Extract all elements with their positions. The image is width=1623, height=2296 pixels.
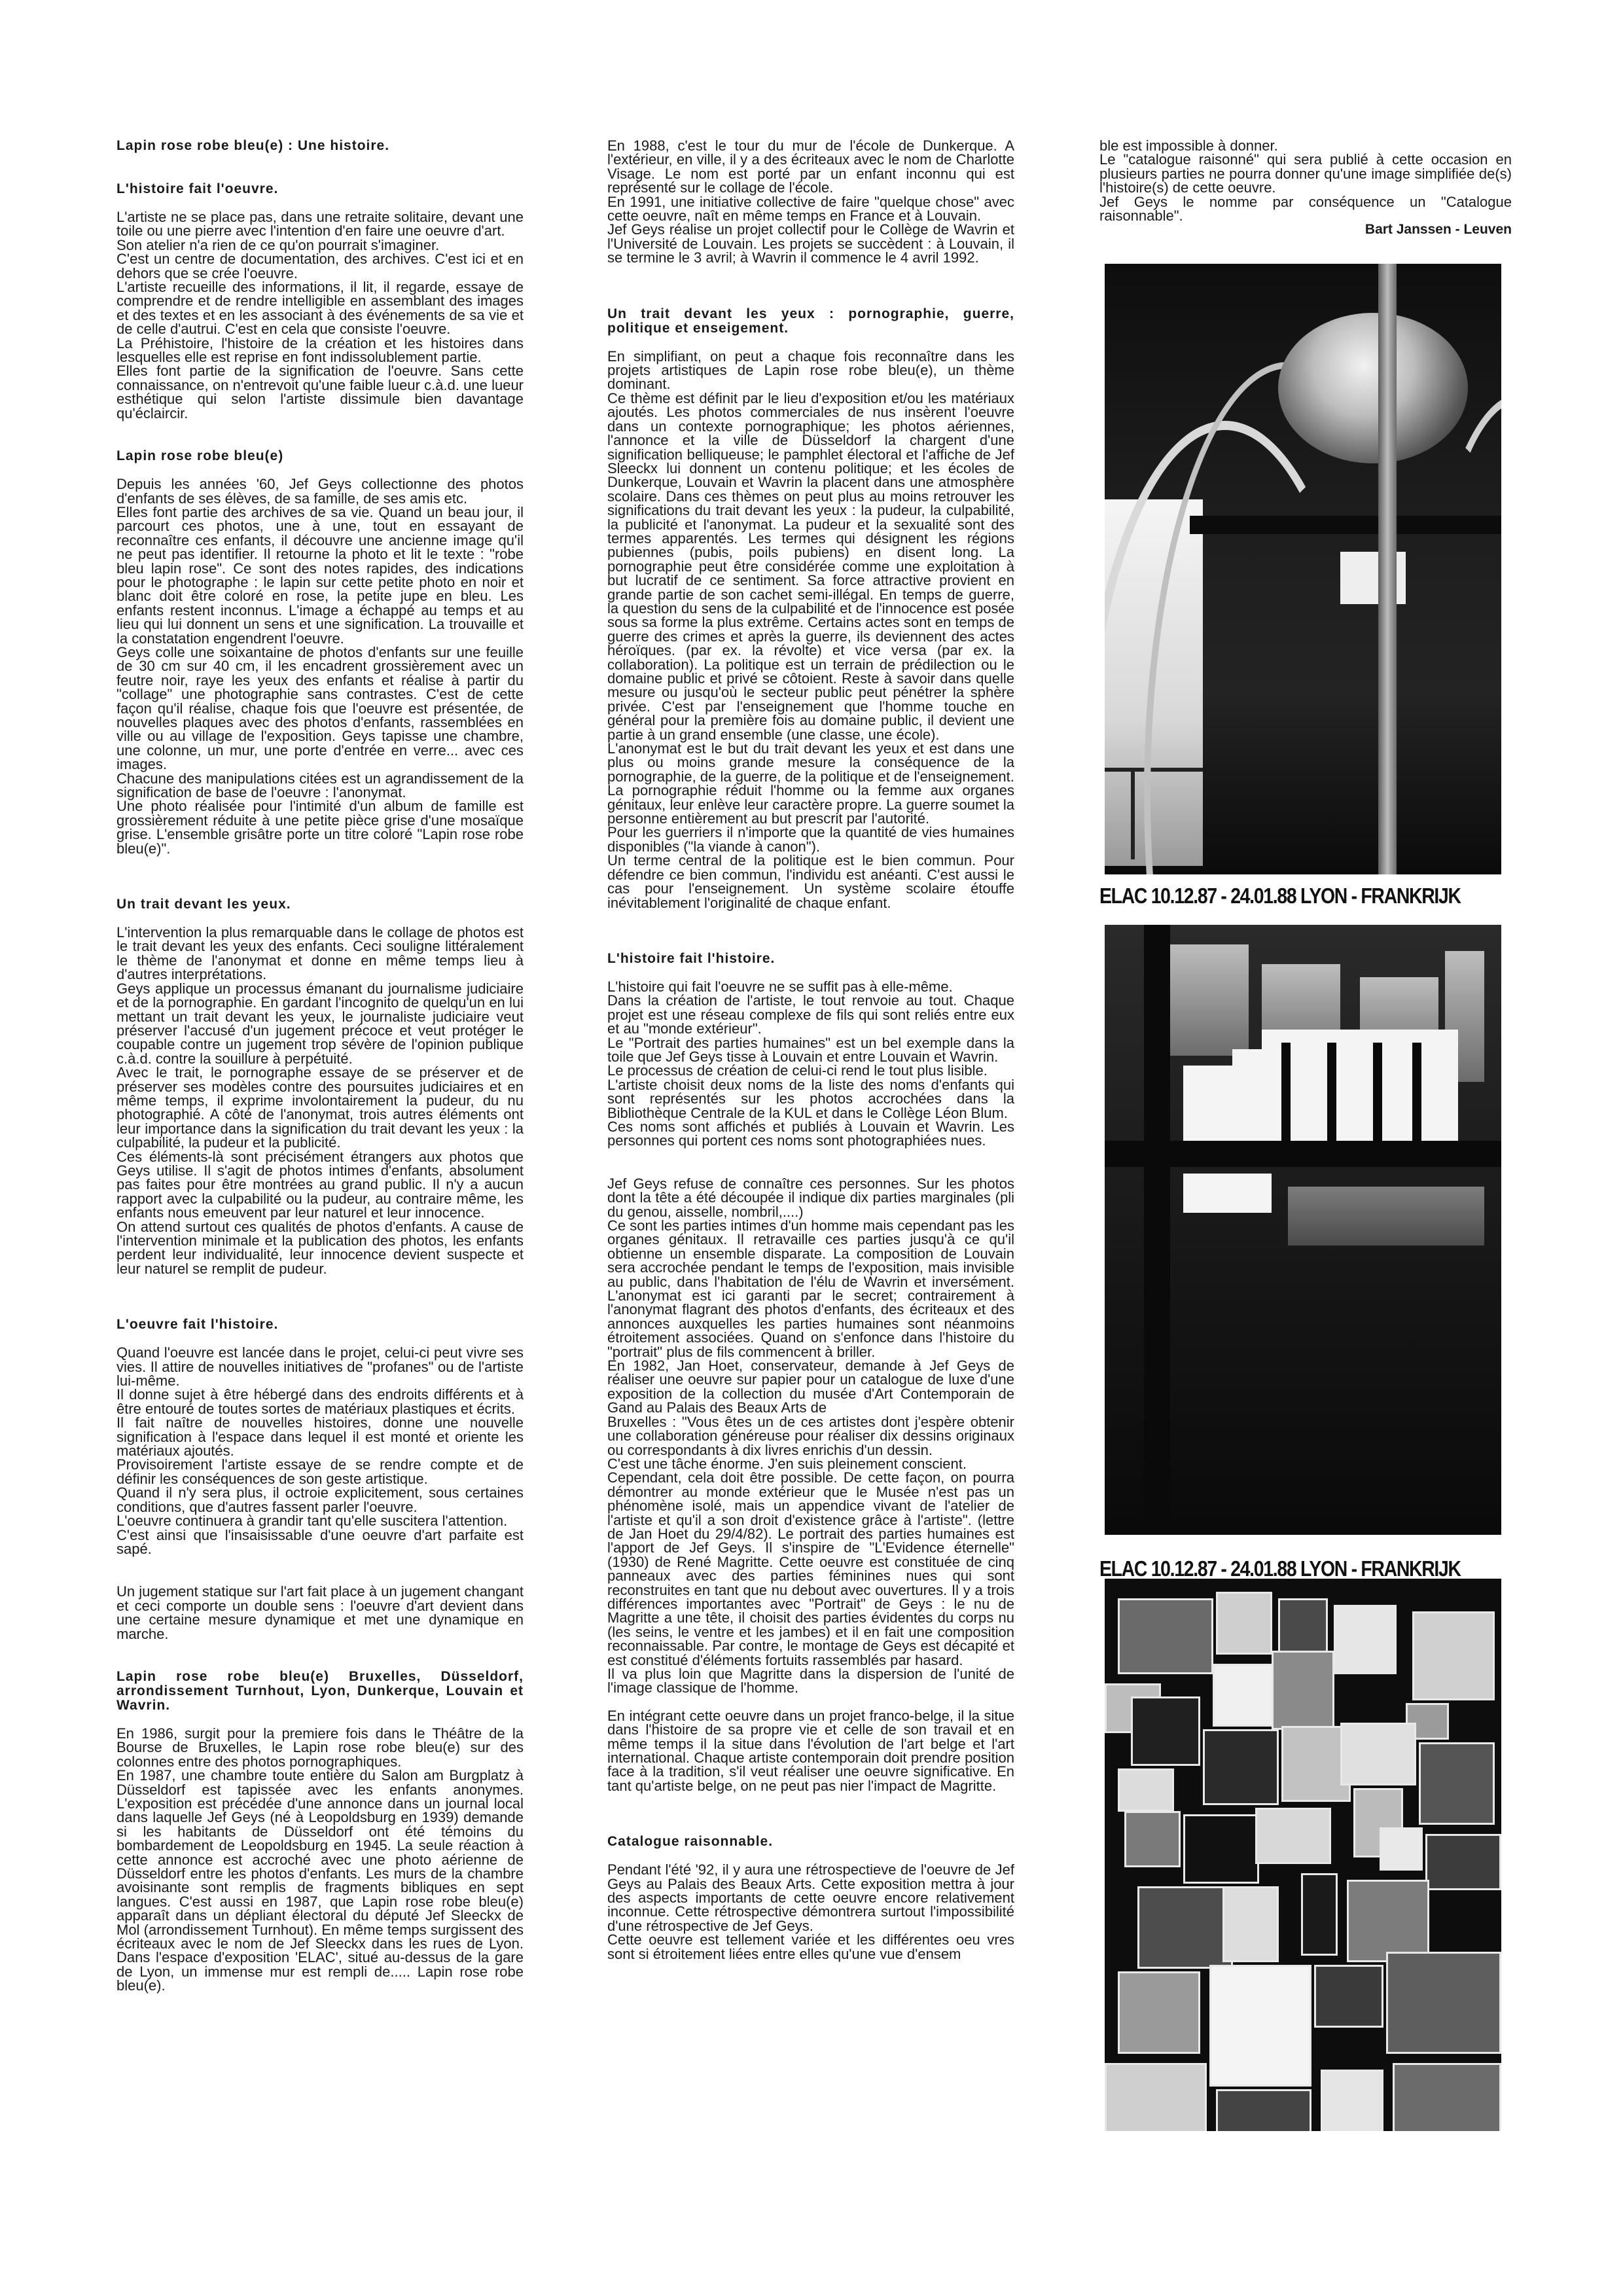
article-title: Lapin rose robe bleu(e) : Une histoire.: [116, 139, 524, 153]
paragraph: C'est un centre de documentation, des ar…: [116, 252, 524, 280]
paragraph: Son atelier n'a rien de ce qu'on pourrai…: [116, 238, 524, 252]
paragraph: Une photo réalisée pour l'intimité d'un …: [116, 799, 524, 855]
photo-building-facade: [1105, 925, 1501, 1535]
paragraph: L'intervention la plus remarquable dans …: [116, 925, 524, 982]
paragraph: Un terme central de la politique est le …: [607, 853, 1014, 910]
photo-children-collage: [1105, 1579, 1501, 2131]
photo-sphere-sculpture: [1105, 264, 1501, 874]
article-column-1: Lapin rose robe bleu(e) : Une histoire. …: [116, 139, 524, 1993]
paragraph: Pour les guerriers il n'importe que la q…: [607, 825, 1014, 853]
article-column-3: ble est impossible à donner. Le "catalog…: [1099, 139, 1512, 237]
section-heading: L'oeuvre fait l'histoire.: [116, 1318, 524, 1332]
paragraph: Un jugement statique sur l'art fait plac…: [116, 1585, 524, 1641]
paragraph: Jef Geys le nomme par conséquence un "Ca…: [1099, 195, 1512, 223]
paragraph: En simplifiant, on peut a chaque fois re…: [607, 350, 1014, 391]
paragraph: L'histoire qui fait l'oeuvre ne se suffi…: [607, 980, 1014, 994]
paragraph: En 1991, une initiative collective de fa…: [607, 195, 1014, 223]
section-heading: L'histoire fait l'histoire.: [607, 952, 1014, 966]
photo-caption: ELAC 10.12.87 - 24.01.88 LYON - FRANKRIJ…: [1099, 884, 1461, 908]
paragraph: Elles font partie de la signification de…: [116, 364, 524, 420]
paragraph: L'artiste recueille des informations, il…: [116, 280, 524, 336]
paragraph: Jef Geys refuse de connaître ces personn…: [607, 1177, 1014, 1219]
paragraph: Jef Geys réalise un projet collectif pou…: [607, 223, 1014, 264]
paragraph: C'est une tâche énorme. J'en suis pleine…: [607, 1457, 1014, 1471]
paragraph: Quand il n'y sera plus, il octroie expli…: [116, 1486, 524, 1514]
paragraph: Ces éléments-là sont précisément étrange…: [116, 1150, 524, 1220]
paragraph: Le processus de création de celui-ci ren…: [607, 1064, 1014, 1077]
section-heading: Un trait devant les yeux : pornographie,…: [607, 307, 1014, 336]
paragraph: La Préhistoire, l'histoire de la créatio…: [116, 336, 524, 365]
paragraph: Ce thème est définit par le lieu d'expos…: [607, 391, 1014, 742]
paragraph: La pornographie réduit l'homme ou la fem…: [607, 783, 1014, 825]
paragraph: En 1986, surgit pour la premiere fois da…: [116, 1727, 524, 1768]
paragraph: Geys applique un processus émanant du jo…: [116, 982, 524, 1066]
section-heading: Un trait devant les yeux.: [116, 897, 524, 912]
section-heading: Lapin rose robe bleu(e) Bruxelles, Düsse…: [116, 1670, 524, 1713]
paragraph: Le "Portrait des parties humaines" est u…: [607, 1036, 1014, 1064]
paragraph: Il donne sujet à être hébergé dans des e…: [116, 1388, 524, 1416]
paragraph: Cependant, cela doit être possible. De c…: [607, 1471, 1014, 1667]
paragraph: ble est impossible à donner.: [1099, 139, 1512, 152]
paragraph: Elles font partie des archives de sa vie…: [116, 505, 524, 645]
paragraph: On attend surtout ces qualités de photos…: [116, 1220, 524, 1276]
paragraph: Il va plus loin que Magritte dans la dis…: [607, 1667, 1014, 1695]
photo-caption: ELAC 10.12.87 - 24.01.88 LYON - FRANKRIJ…: [1099, 1556, 1461, 1581]
paragraph: Dans la création de l'artiste, le tout r…: [607, 994, 1014, 1035]
paragraph: En 1982, Jan Hoet, conservateur, demande…: [607, 1359, 1014, 1415]
author-signature: Bart Janssen - Leuven: [1099, 223, 1512, 236]
paragraph: C'est ainsi que l'insaisissable d'une oe…: [116, 1528, 524, 1556]
paragraph: L'oeuvre continuera à grandir tant qu'el…: [116, 1514, 524, 1528]
paragraph: Cette oeuvre est tellement variée et les…: [607, 1933, 1014, 1961]
paragraph: Provisoirement l'artiste essaye de se re…: [116, 1458, 524, 1486]
paragraph: L'artiste ne se place pas, dans une retr…: [116, 210, 524, 238]
paragraph: Bruxelles : "Vous êtes un de ces artiste…: [607, 1415, 1014, 1457]
section-heading: Catalogue raisonnable.: [607, 1835, 1014, 1849]
paragraph: Depuis les années '60, Jef Geys collecti…: [116, 477, 524, 505]
paragraph: En intégrant cette oeuvre dans un projet…: [607, 1709, 1014, 1793]
paragraph: Chacune des manipulations citées est un …: [116, 772, 524, 800]
paragraph: L'anonymat est le but du trait devant le…: [607, 742, 1014, 783]
section-heading: L'histoire fait l'oeuvre.: [116, 182, 524, 196]
paragraph: En 1988, c'est le tour du mur de l'école…: [607, 139, 1014, 195]
paragraph: Ce sont les parties intimes d'un homme m…: [607, 1219, 1014, 1359]
paragraph: L'artiste choisit deux noms de la liste …: [607, 1078, 1014, 1120]
paragraph: Geys colle une soixantaine de photos d'e…: [116, 645, 524, 772]
article-column-2: En 1988, c'est le tour du mur de l'école…: [607, 139, 1014, 1961]
paragraph: En 1987, une chambre toute entière du Sa…: [116, 1768, 524, 1993]
paragraph: Ces noms sont affichés et publiés à Louv…: [607, 1120, 1014, 1148]
paragraph: Avec le trait, le pornographe essaye de …: [116, 1066, 524, 1149]
paragraph: Le "catalogue raisonné" qui sera publié …: [1099, 152, 1512, 194]
paragraph: Quand l'oeuvre est lancée dans le projet…: [116, 1346, 524, 1388]
paragraph: Il fait naître de nouvelles histoires, d…: [116, 1416, 524, 1458]
section-heading: Lapin rose robe bleu(e): [116, 449, 524, 463]
paragraph: Pendant l'été '92, il y aura une rétrosp…: [607, 1863, 1014, 1933]
